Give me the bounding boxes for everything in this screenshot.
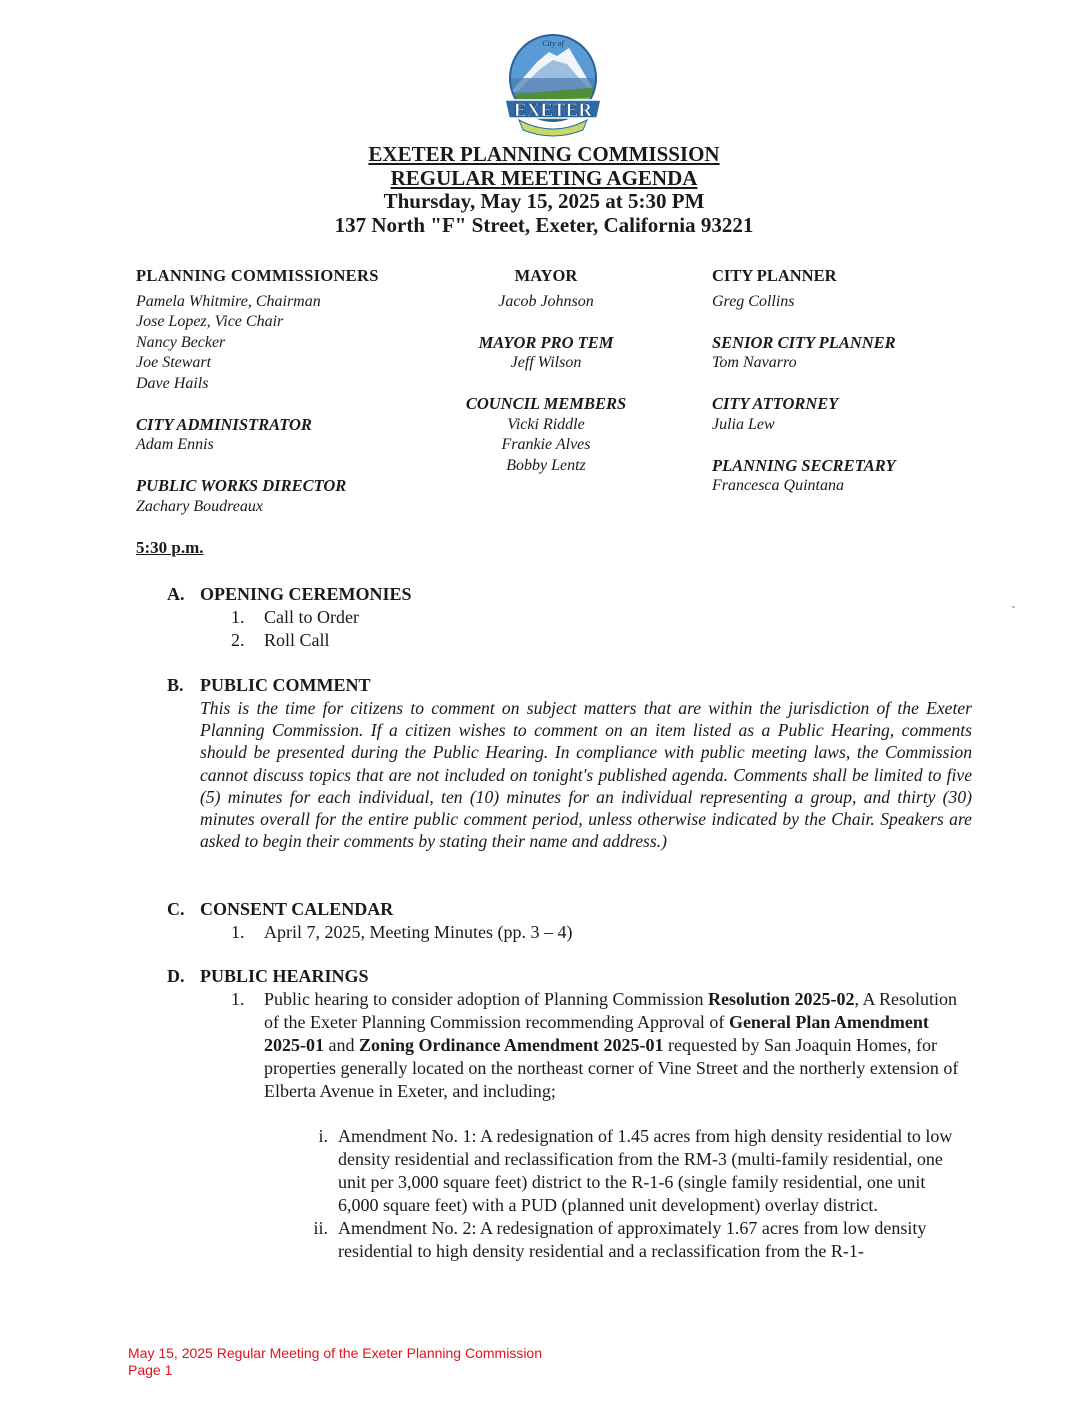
section-heading: A.OPENING CEREMONIES: [167, 583, 412, 606]
agenda-item-roll-call: 2.Roll Call: [167, 629, 412, 652]
council-member-name: Vicki Riddle: [446, 415, 646, 436]
city-administrator-heading: CITY ADMINISTRATOR: [136, 415, 456, 436]
commissioners-heading: PLANNING COMMISSIONERS: [136, 266, 456, 287]
planning-secretary-name: Francesca Quintana: [712, 476, 972, 497]
commission-title: EXETER PLANNING COMMISSION: [0, 143, 1088, 167]
svg-text:City of: City of: [542, 39, 565, 48]
amendment-item: ii. Amendment No. 2: A redesignation of …: [299, 1217, 967, 1263]
commissioner-name: Jose Lopez, Vice Chair: [136, 312, 456, 333]
resolution-number: Resolution 2025-02: [708, 989, 855, 1009]
meeting-address: 137 North "F" Street, Exeter, California…: [0, 214, 1088, 238]
mayor-pro-tem-heading: MAYOR PRO TEM: [446, 333, 646, 354]
planning-secretary-heading: PLANNING SECRETARY: [712, 456, 972, 477]
footer-meeting-title: May 15, 2025 Regular Meeting of the Exet…: [128, 1345, 542, 1362]
council-member-name: Frankie Alves: [446, 435, 646, 456]
public-comment-text: This is the time for citizens to comment…: [200, 697, 972, 852]
city-attorney-name: Julia Lew: [712, 415, 972, 436]
meeting-datetime: Thursday, May 15, 2025 at 5:30 PM: [0, 190, 1088, 214]
agenda-header: EXETER PLANNING COMMISSION REGULAR MEETI…: [0, 143, 1088, 237]
agenda-item-meeting-minutes: 1.April 7, 2025, Meeting Minutes (pp. 3 …: [167, 921, 572, 944]
senior-city-planner-heading: SENIOR CITY PLANNER: [712, 333, 972, 354]
section-heading: B.PUBLIC COMMENT: [167, 674, 972, 697]
city-planner-name: Greg Collins: [712, 292, 972, 313]
zoning-ordinance-amendment: Zoning Ordinance Amendment 2025-01: [359, 1035, 664, 1055]
roster-column-1: PLANNING COMMISSIONERS Pamela Whitmire, …: [136, 266, 456, 517]
agenda-title: REGULAR MEETING AGENDA: [0, 167, 1088, 191]
city-planner-heading: CITY PLANNER: [712, 266, 972, 287]
council-member-name: Bobby Lentz: [446, 456, 646, 477]
council-members-heading: COUNCIL MEMBERS: [446, 394, 646, 415]
section-public-comment: B.PUBLIC COMMENT This is the time for ci…: [167, 674, 972, 852]
section-heading: D.PUBLIC HEARINGS: [167, 965, 967, 988]
meeting-start-time: 5:30 p.m.: [136, 538, 204, 558]
public-works-name: Zachary Boudreaux: [136, 497, 456, 518]
mayor-heading: MAYOR: [446, 266, 646, 287]
section-consent-calendar: C.CONSENT CALENDAR 1.April 7, 2025, Meet…: [167, 898, 572, 944]
city-administrator-name: Adam Ennis: [136, 435, 456, 456]
section-public-hearings: D.PUBLIC HEARINGS 1. Public hearing to c…: [167, 965, 967, 1263]
svg-text:EXETER: EXETER: [514, 100, 592, 121]
page-number: Page 1: [128, 1362, 542, 1379]
agenda-item-public-hearing-1: 1. Public hearing to consider adoption o…: [231, 988, 967, 1103]
commissioner-name: Joe Stewart: [136, 353, 456, 374]
amendment-item: i. Amendment No. 1: A redesignation of 1…: [299, 1125, 967, 1217]
commissioner-name: Pamela Whitmire, Chairman: [136, 292, 456, 313]
roster-column-3: CITY PLANNER Greg Collins SENIOR CITY PL…: [712, 266, 972, 497]
commissioner-name: Dave Hails: [136, 374, 456, 395]
mayor-pro-tem-name: Jeff Wilson: [446, 353, 646, 374]
roster-column-2: MAYOR Jacob Johnson MAYOR PRO TEM Jeff W…: [446, 266, 646, 476]
page-footer: May 15, 2025 Regular Meeting of the Exet…: [128, 1345, 542, 1379]
senior-city-planner-name: Tom Navarro: [712, 353, 972, 374]
mayor-name: Jacob Johnson: [446, 292, 646, 313]
section-heading: C.CONSENT CALENDAR: [167, 898, 572, 921]
city-seal-logo: City of EXETER: [497, 30, 609, 138]
agenda-item-call-to-order: 1.Call to Order: [167, 606, 412, 629]
scan-speck: [1012, 606, 1015, 608]
commissioner-name: Nancy Becker: [136, 333, 456, 354]
city-attorney-heading: CITY ATTORNEY: [712, 394, 972, 415]
public-works-heading: PUBLIC WORKS DIRECTOR: [136, 476, 456, 497]
section-opening-ceremonies: A.OPENING CEREMONIES 1.Call to Order 2.R…: [167, 583, 412, 652]
